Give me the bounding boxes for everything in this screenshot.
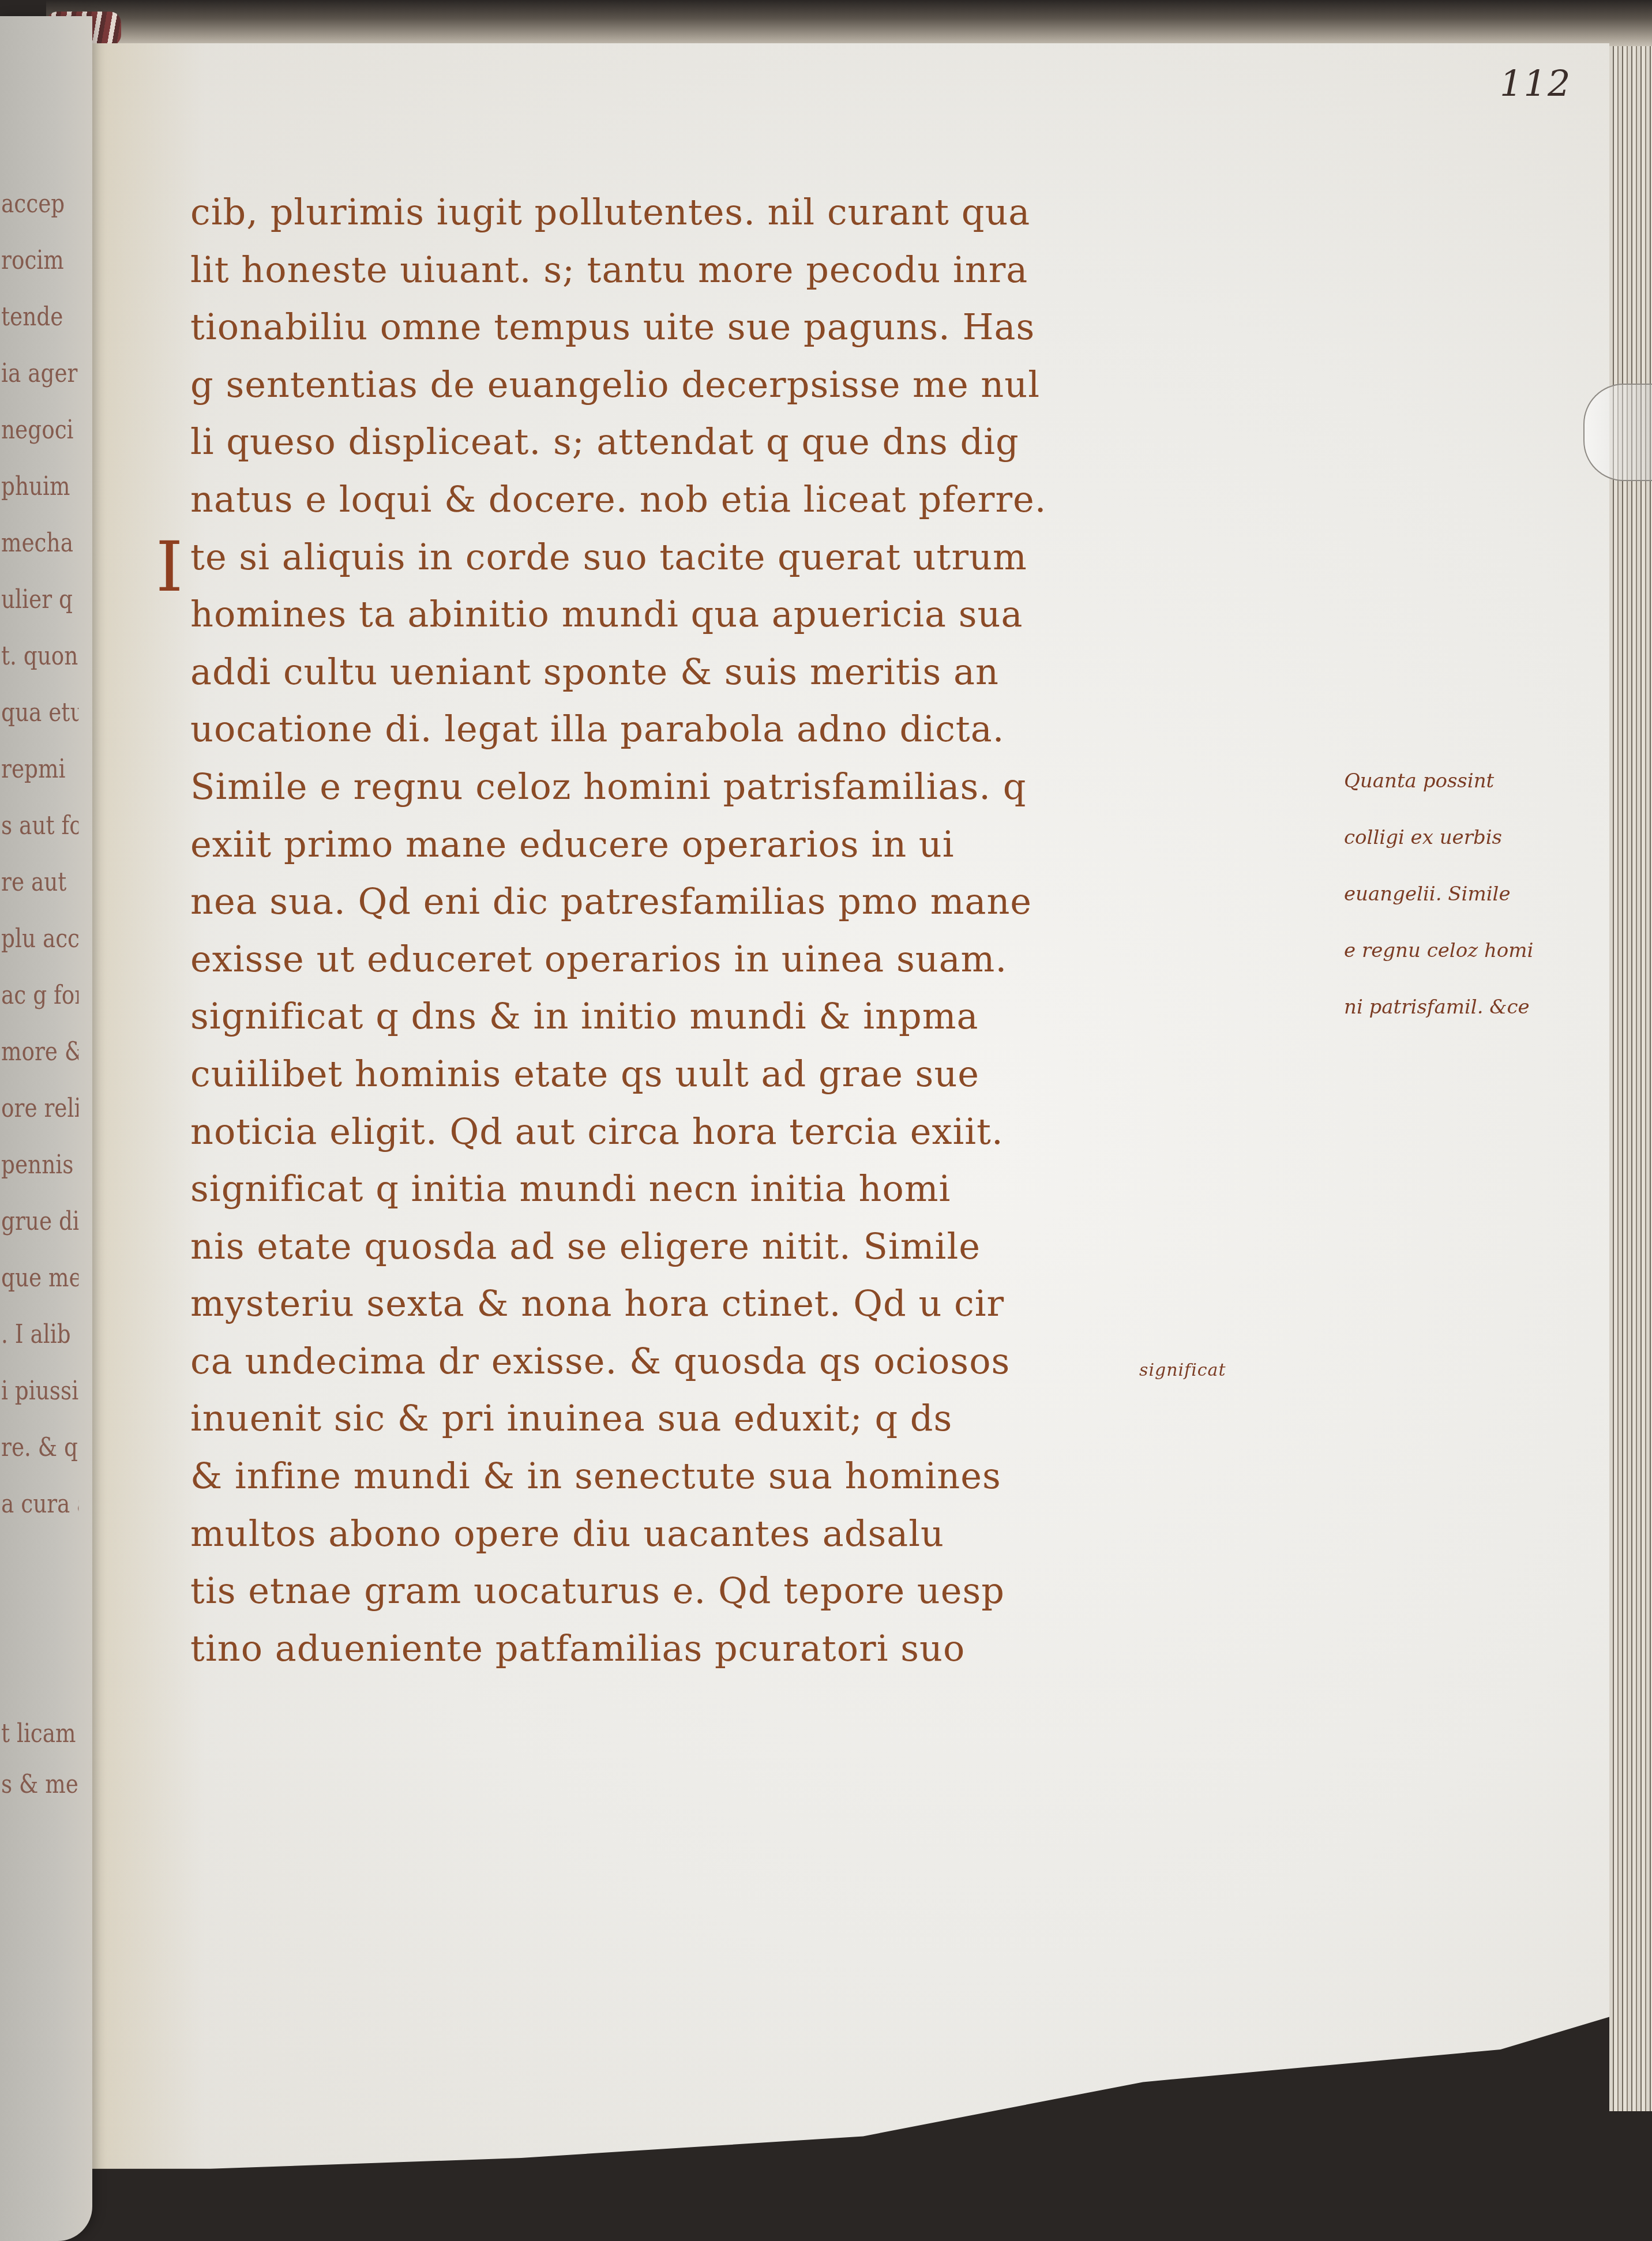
decorated-initial: I	[156, 533, 183, 602]
text-line-with-gloss: significat inuenit sic & pri inuinea sua…	[190, 1390, 1356, 1447]
facing-line: ulier q	[1, 585, 78, 614]
text-line: tino adueniente patfamilias pcuratori su…	[190, 1620, 1356, 1677]
facing-line: re aut	[1, 868, 78, 897]
text-line: exisse ut educeret operarios in uinea su…	[190, 930, 1356, 988]
text-line: noticia eligit. Qd aut circa hora tercia…	[190, 1103, 1356, 1161]
text-line: significat q dns & in initio mundi & inp…	[190, 988, 1356, 1045]
text-line: li queso displiceat. s; attendat q que d…	[190, 413, 1356, 471]
facing-line: negoci	[1, 415, 78, 445]
facing-line: que mea	[1, 1263, 78, 1293]
text-line: cib, plurimis iugit pollutentes. nil cur…	[190, 183, 1356, 241]
text-line: multos abono opere diu uacantes adsalu	[190, 1505, 1356, 1563]
text-line: g sententias de euangelio decerpsisse me…	[190, 356, 1356, 414]
facing-page: accep rocim tende ia ager negoci phuim m…	[0, 16, 92, 2241]
facing-line: re. & q	[1, 1433, 78, 1462]
text-line: & infine mundi & in senectute sua homine…	[190, 1447, 1356, 1505]
text-line: homines ta abinitio mundi qua apuericia …	[190, 585, 1356, 643]
text-line: te si aliquis in corde suo tacite querat…	[190, 536, 1027, 578]
text-line: tis etnae gram uocaturus e. Qd tepore ue…	[190, 1562, 1356, 1620]
text-line: addi cultu ueniant sponte & suis meritis…	[190, 643, 1356, 701]
facing-line: grue dica	[1, 1207, 78, 1236]
gloss-line: colligi ex uerbis	[1344, 809, 1586, 866]
facing-line: qua etu	[1, 698, 78, 727]
text-line: mysteriu sexta & nona hora ctinet. Qd u …	[190, 1275, 1356, 1332]
main-text-block: cib, plurimis iugit pollutentes. nil cur…	[190, 183, 1356, 1677]
facing-line: plu acc	[1, 924, 78, 954]
text-line: uocatione di. legat illa parabola adno d…	[190, 700, 1356, 758]
text-line: inuenit sic & pri inuinea sua eduxit; q …	[190, 1397, 952, 1439]
facing-line: s & merc	[1, 1770, 78, 1799]
text-line: cuiilibet hominis etate qs uult ad grae …	[190, 1045, 1356, 1103]
facing-line: mecha	[1, 528, 78, 558]
fore-edge	[1609, 46, 1652, 2111]
text-line: exiit primo mane educere operarios in ui	[190, 816, 1356, 873]
facing-line: ac g fom	[1, 981, 78, 1010]
facing-line: repmi	[1, 754, 78, 784]
facing-line: phuim	[1, 472, 78, 501]
gloss-line: e regnu celoz homi	[1344, 922, 1586, 979]
text-line: tionabiliu omne tempus uite sue paguns. …	[190, 298, 1356, 356]
text-line: lit honeste uiuant. s; tantu more pecodu…	[190, 241, 1356, 299]
facing-line: t. quon	[1, 641, 78, 671]
text-line: Simile e regnu celoz homini patrisfamili…	[190, 758, 1356, 816]
facing-line: . I alib	[1, 1320, 78, 1349]
facing-line: a cura ag	[1, 1489, 78, 1519]
facing-line: ore reliq	[1, 1094, 78, 1123]
text-line-with-initial: I te si aliquis in corde suo tacite quer…	[190, 528, 1356, 586]
marginal-gloss: Quanta possint colligi ex uerbis euangel…	[1344, 753, 1586, 1035]
folio-number: 112	[1500, 62, 1571, 104]
page-clip	[1583, 384, 1652, 481]
facing-line: more &	[1, 1037, 78, 1067]
facing-line: t licam	[1, 1719, 78, 1748]
facing-line: accep	[1, 189, 78, 219]
facing-line: rocim	[1, 246, 78, 275]
gloss-line: Quanta possint	[1344, 753, 1586, 809]
gloss-line: ni patrisfamil. &ce	[1344, 979, 1586, 1035]
facing-line: tende	[1, 302, 78, 332]
facing-line: ia ager	[1, 359, 78, 388]
text-line: nis etate quosda ad se eligere nitit. Si…	[190, 1218, 1356, 1275]
text-line: significat q initia mundi necn initia ho…	[190, 1160, 1356, 1218]
binding-top-edge	[46, 0, 1652, 46]
background	[0, 2172, 1652, 2241]
text-line: nea sua. Qd eni dic patresfamilias pmo m…	[190, 873, 1356, 930]
facing-line: s aut fo	[1, 811, 78, 840]
text-line: natus e loqui & docere. nob etia liceat …	[190, 471, 1356, 528]
facing-line: i piussi	[1, 1376, 78, 1406]
facing-line: pennis	[1, 1150, 78, 1180]
gloss-line: euangelii. Simile	[1344, 866, 1586, 922]
interlinear-gloss: significat	[1139, 1362, 1226, 1379]
